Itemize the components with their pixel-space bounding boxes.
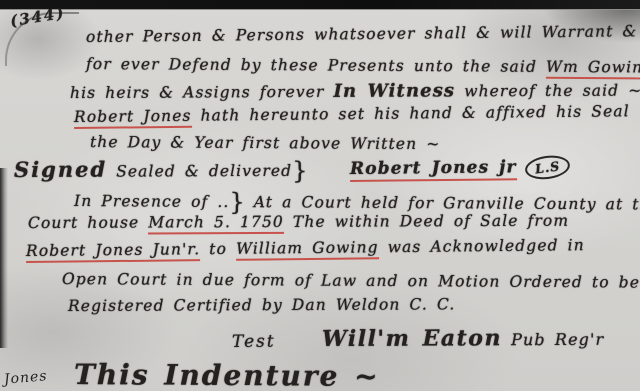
text-line: other Person & Persons whatsoever shall … bbox=[86, 22, 638, 46]
margin-note: Jones bbox=[3, 368, 48, 388]
text-line: Court house March 5. 1750 The within Dee… bbox=[28, 212, 569, 232]
line-text: Court house bbox=[28, 213, 148, 232]
line-text: Open Court in due form of Law and on Mot… bbox=[62, 270, 640, 292]
line-text: Registered Certified by Dan Weldon C. C. bbox=[68, 295, 455, 315]
signed-word: Signed bbox=[14, 157, 107, 182]
line-text: whereof the said ~ bbox=[455, 82, 640, 101]
line-text: At a Court held for Granville County at … bbox=[245, 193, 640, 214]
line-text: the Day & Year first above Written ~ bbox=[90, 133, 440, 153]
line-text: for ever Defend by these Presents unto t… bbox=[86, 55, 546, 76]
line-text: was Acknowledged in bbox=[379, 236, 585, 256]
underlined-name-robert-jones-junr: Robert Jones Jun'r. bbox=[26, 240, 200, 263]
signature-william-eaton: Will'm Eaton bbox=[322, 325, 502, 352]
text-line: Robert Jones Jun'r. to William Gowing wa… bbox=[26, 236, 585, 260]
signature-line: Robert Jones jrL.S bbox=[350, 156, 570, 181]
scan-edge-left bbox=[0, 168, 8, 348]
text-line: his heirs & Assigns forever In Witness w… bbox=[70, 80, 640, 103]
text-line: Registered Certified by Dan Weldon C. C. bbox=[68, 295, 455, 315]
next-deed-opening: This Indenture ~ bbox=[74, 358, 380, 391]
test-attestation: Test bbox=[232, 332, 276, 352]
text-line: Robert Jones hath hereunto set his hand … bbox=[74, 102, 630, 126]
line-text: his heirs & Assigns forever bbox=[70, 83, 334, 102]
line-text: Sealed & delivered bbox=[107, 162, 292, 181]
line-text: to bbox=[200, 240, 236, 258]
emphasized-text: In Witness bbox=[333, 80, 455, 102]
line-text: In Presence of .. bbox=[74, 192, 230, 211]
registrar-title: Pub Reg'r bbox=[502, 330, 604, 349]
signature-robert-jones-jr: Robert Jones jr bbox=[350, 157, 517, 182]
attestation-line: Signed Sealed & delivered} bbox=[14, 156, 308, 186]
underlined-date: March 5. 1750 bbox=[148, 213, 284, 235]
document-page: (344) other Person & Persons whatsoever … bbox=[0, 0, 640, 391]
curly-brace: } bbox=[229, 188, 244, 216]
underlined-name-robert-jones: Robert Jones bbox=[74, 107, 192, 129]
underlined-name-wm-gowing: Wm Gowing bbox=[546, 58, 640, 80]
seal-mark: L.S bbox=[523, 153, 571, 182]
curly-brace: } bbox=[292, 157, 307, 185]
line-text: other Person & Persons whatsoever shall … bbox=[86, 22, 638, 46]
text-line: Open Court in due form of Law and on Mot… bbox=[62, 270, 640, 292]
line-text: hath hereunto set his hand & affixed his… bbox=[191, 102, 629, 125]
underlined-name-william-gowing: William Gowing bbox=[236, 238, 379, 260]
line-text: The within Deed of Sale from bbox=[284, 212, 569, 231]
registrar-signature: Will'm Eaton Pub Reg'r bbox=[322, 325, 604, 352]
test-word: Test bbox=[232, 332, 276, 352]
text-line: for ever Defend by these Presents unto t… bbox=[86, 55, 640, 76]
text-line: the Day & Year first above Written ~ bbox=[90, 133, 440, 153]
scan-edge-top bbox=[0, 0, 640, 10]
next-deed-text: This Indenture ~ bbox=[74, 358, 380, 391]
